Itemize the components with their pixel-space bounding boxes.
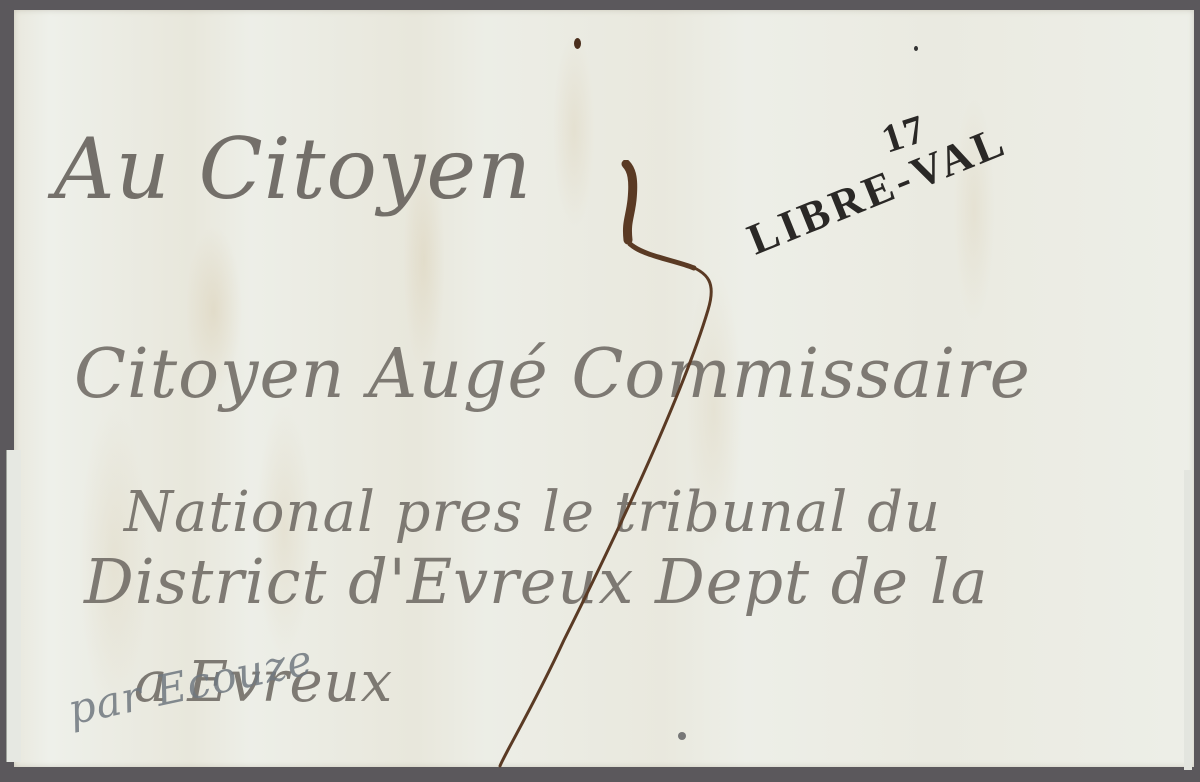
letter-fold-edge-right (1184, 470, 1192, 770)
letter-sheet: Au Citoyen Citoyen Augé Commissaire Nati… (14, 10, 1194, 767)
manuscript-rate-mark (454, 160, 754, 770)
scan-stage: Au Citoyen Citoyen Augé Commissaire Nati… (0, 0, 1200, 782)
postmark-town-name: LIBRE-VAL (740, 115, 1014, 265)
ink-spot (678, 732, 686, 740)
ink-spot (914, 46, 918, 51)
postmark-stamp: 17 LIBRE-VAL (742, 96, 1162, 286)
ink-spot (574, 38, 581, 49)
letter-fold-edge-left (6, 450, 21, 762)
